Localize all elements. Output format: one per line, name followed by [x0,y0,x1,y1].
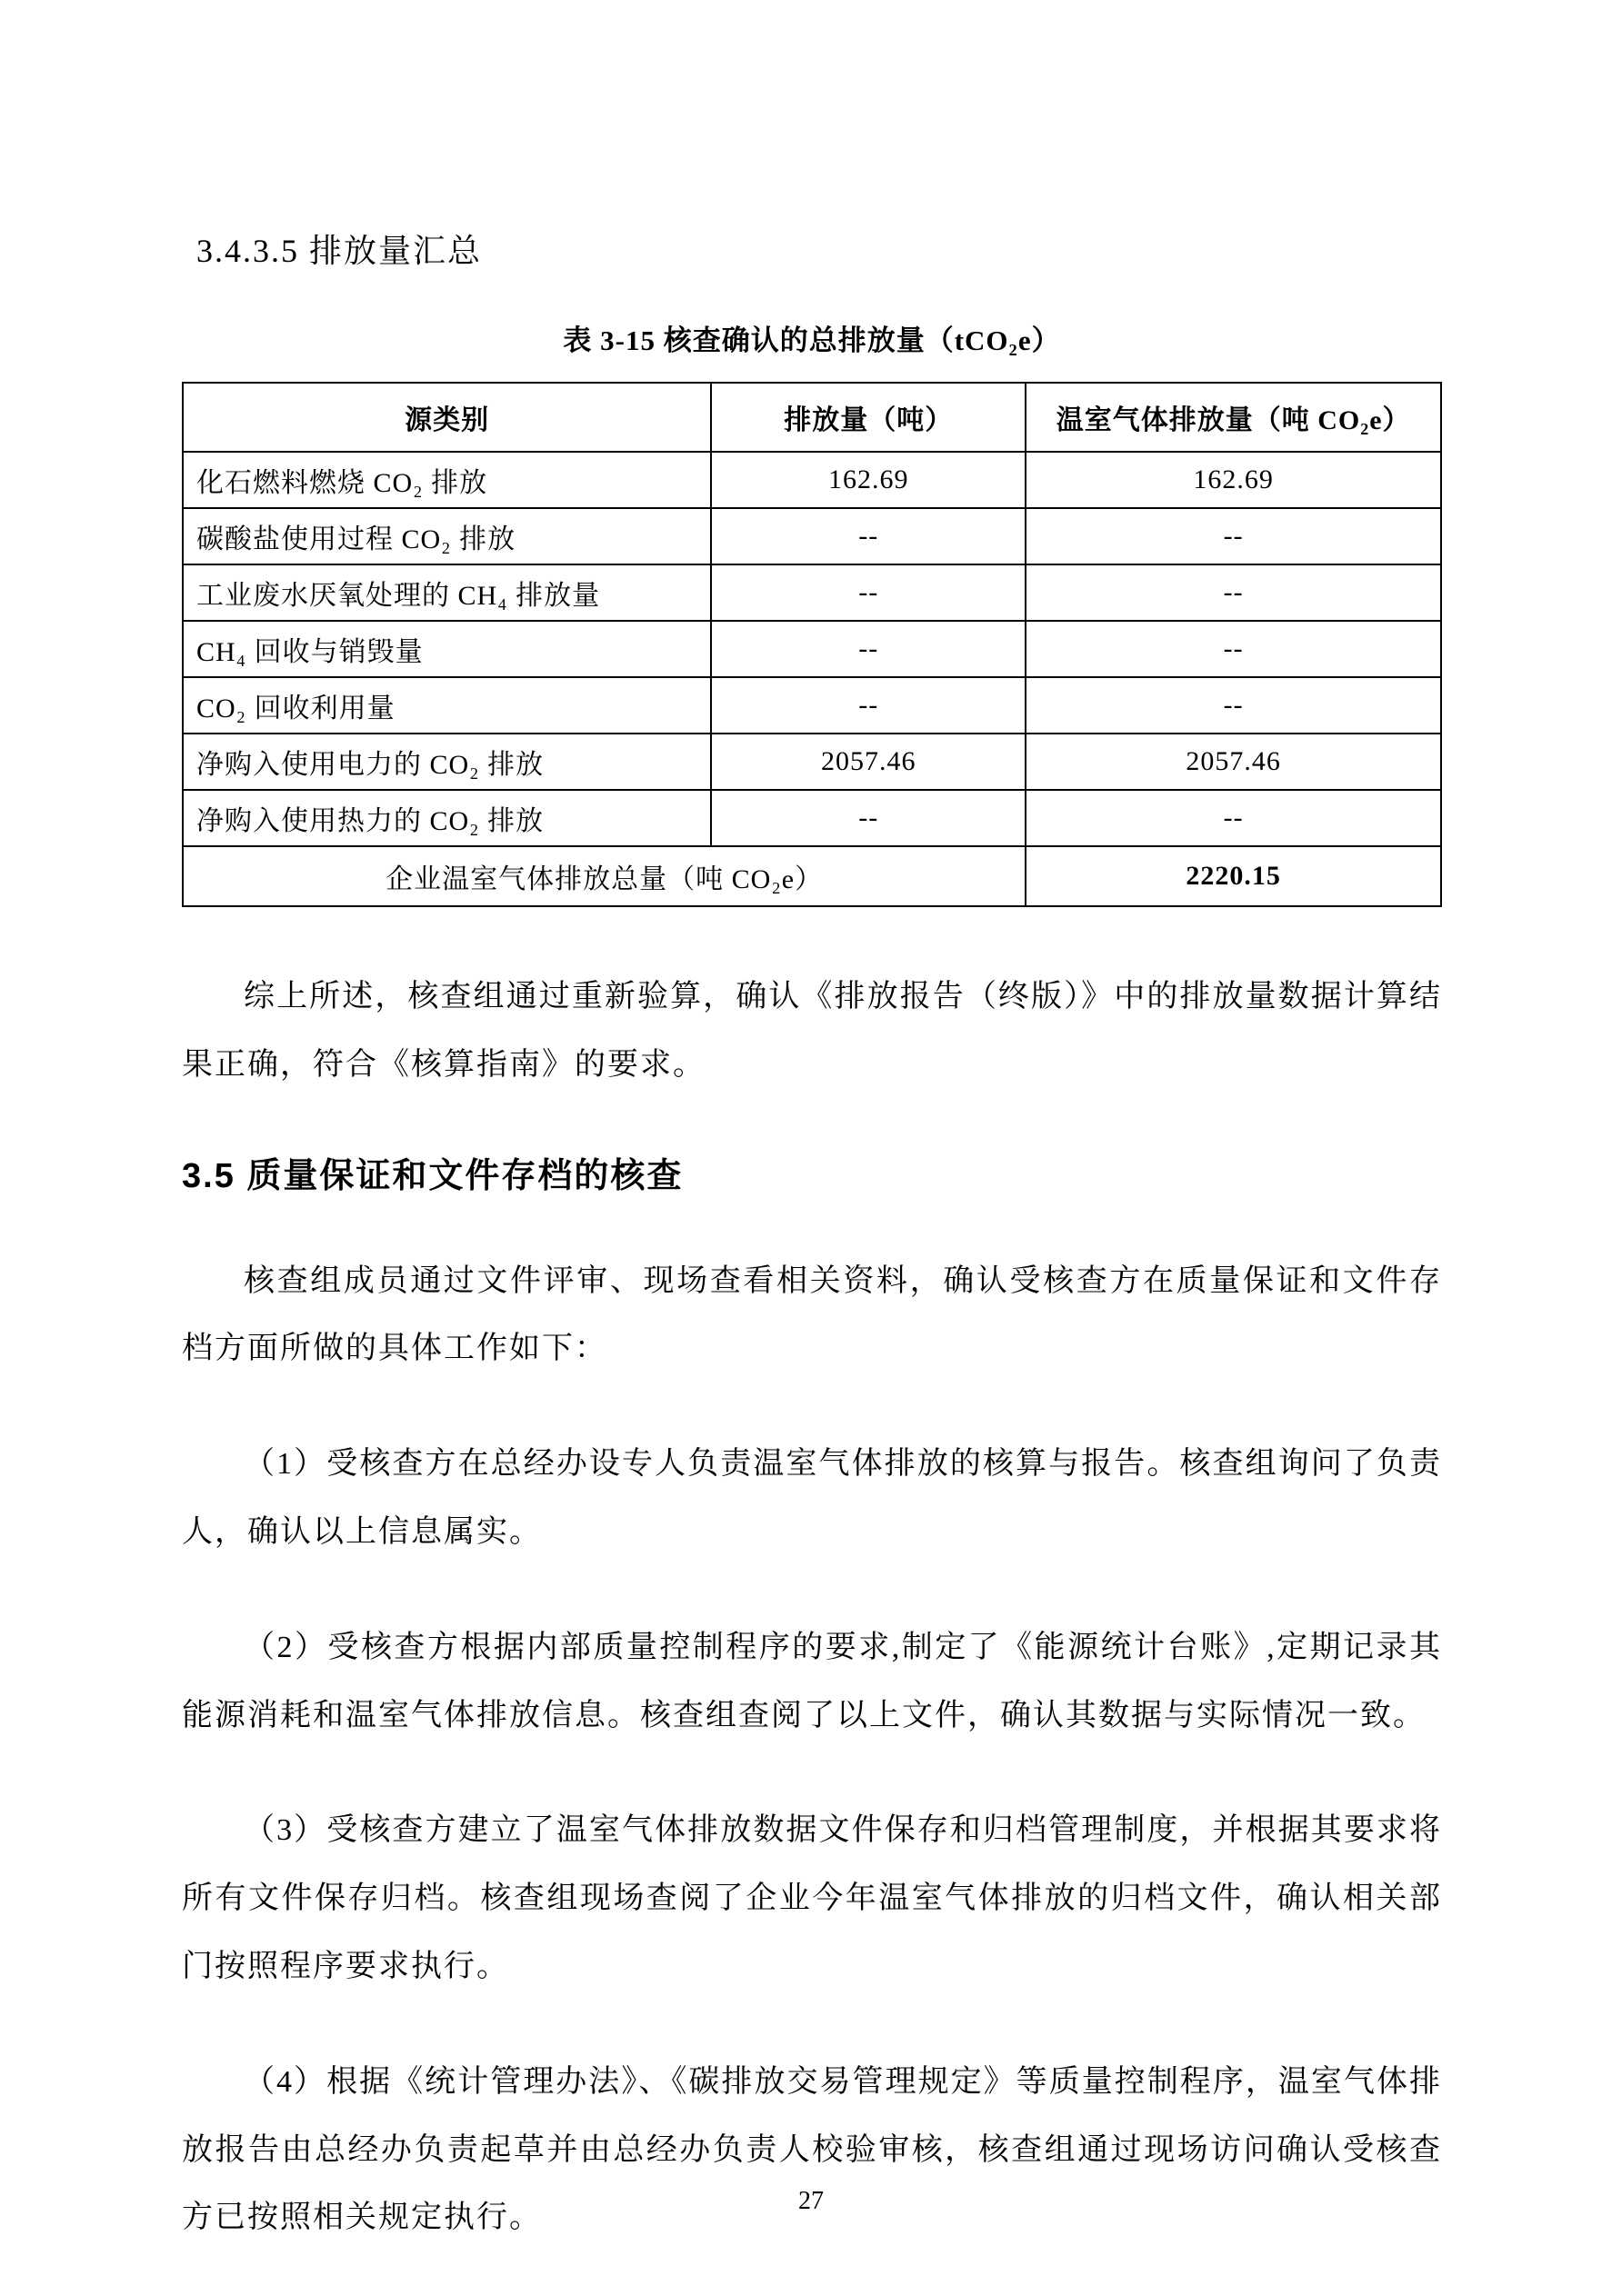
ghg-value: 162.69 [1026,452,1441,508]
table-total-row: 企业温室气体排放总量（吨 CO₂e） 2220.15 [183,846,1441,906]
document-page: 3.4.3.5 排放量汇总 表 3-15 核查确认的总排放量（tCO₂e） 源类… [0,0,1622,2296]
ghg-value: -- [1026,621,1441,677]
table-row: 净购入使用热力的 CO₂ 排放 -- -- [183,790,1441,846]
row-label: 工业废水厌氧处理的 CH₄ 排放量 [183,564,711,621]
table-header-row: 源类别 排放量（吨） 温室气体排放量（吨 CO₂e） [183,383,1441,452]
section-heading-3-5: 3.5 质量保证和文件存档的核查 [182,1147,1442,1197]
emission-value: -- [711,621,1026,677]
table-row: CH₄ 回收与销毁量 -- -- [183,621,1441,677]
row-label: 净购入使用电力的 CO₂ 排放 [183,734,711,790]
total-label: 企业温室气体排放总量（吨 CO₂e） [183,846,1026,906]
table-row: 净购入使用电力的 CO₂ 排放 2057.46 2057.46 [183,734,1441,790]
emission-value: -- [711,677,1026,734]
ghg-value: 2057.46 [1026,734,1441,790]
row-label: CH₄ 回收与销毁量 [183,621,711,677]
table-row: 化石燃料燃烧 CO₂ 排放 162.69 162.69 [183,452,1441,508]
qa-intro-paragraph: 核查组成员通过文件评审、现场查看相关资料，确认受核查方在质量保证和文件存档方面所… [182,1248,1442,1384]
page-number: 27 [0,2187,1622,2216]
ghg-value: -- [1026,564,1441,621]
ghg-value: -- [1026,790,1441,846]
table-row: 工业废水厌氧处理的 CH₄ 排放量 -- -- [183,564,1441,621]
ghg-value: -- [1026,508,1441,564]
row-label: 化石燃料燃烧 CO₂ 排放 [183,452,711,508]
emission-value: -- [711,790,1026,846]
qa-item-1-paragraph: （1）受核查方在总经办设专人负责温室气体排放的核算与报告。核查组询问了负责人，确… [182,1431,1442,1567]
row-label: CO₂ 回收利用量 [183,677,711,734]
table-caption: 表 3-15 核查确认的总排放量（tCO₂e） [182,317,1442,358]
row-label: 净购入使用热力的 CO₂ 排放 [183,790,711,846]
qa-item-3-paragraph: （3）受核查方建立了温室气体排放数据文件保存和归档管理制度，并根据其要求将所有文… [182,1797,1442,2001]
qa-item-2-paragraph: （2）受核查方根据内部质量控制程序的要求,制定了《能源统计台账》,定期记录其能源… [182,1614,1442,1751]
column-header-source-category: 源类别 [183,383,711,452]
table-row: CO₂ 回收利用量 -- -- [183,677,1441,734]
ghg-value: -- [1026,677,1441,734]
row-label: 碳酸盐使用过程 CO₂ 排放 [183,508,711,564]
emission-value: -- [711,564,1026,621]
emissions-summary-table: 源类别 排放量（吨） 温室气体排放量（吨 CO₂e） 化石燃料燃烧 CO₂ 排放… [182,382,1442,907]
column-header-ghg-emission: 温室气体排放量（吨 CO₂e） [1026,383,1441,452]
table-row: 碳酸盐使用过程 CO₂ 排放 -- -- [183,508,1441,564]
emission-value: -- [711,508,1026,564]
qa-item-4-paragraph: （4）根据《统计管理办法》、《碳排放交易管理规定》等质量控制程序，温室气体排放报… [182,2049,1442,2252]
emission-value: 162.69 [711,452,1026,508]
total-value: 2220.15 [1026,846,1441,906]
summary-paragraph: 综上所述，核查组通过重新验算，确认《排放报告（终版）》中的排放量数据计算结果正确… [182,963,1442,1100]
column-header-emission: 排放量（吨） [711,383,1026,452]
section-heading-3-4-3-5: 3.4.3.5 排放量汇总 [196,225,1442,272]
emission-value: 2057.46 [711,734,1026,790]
